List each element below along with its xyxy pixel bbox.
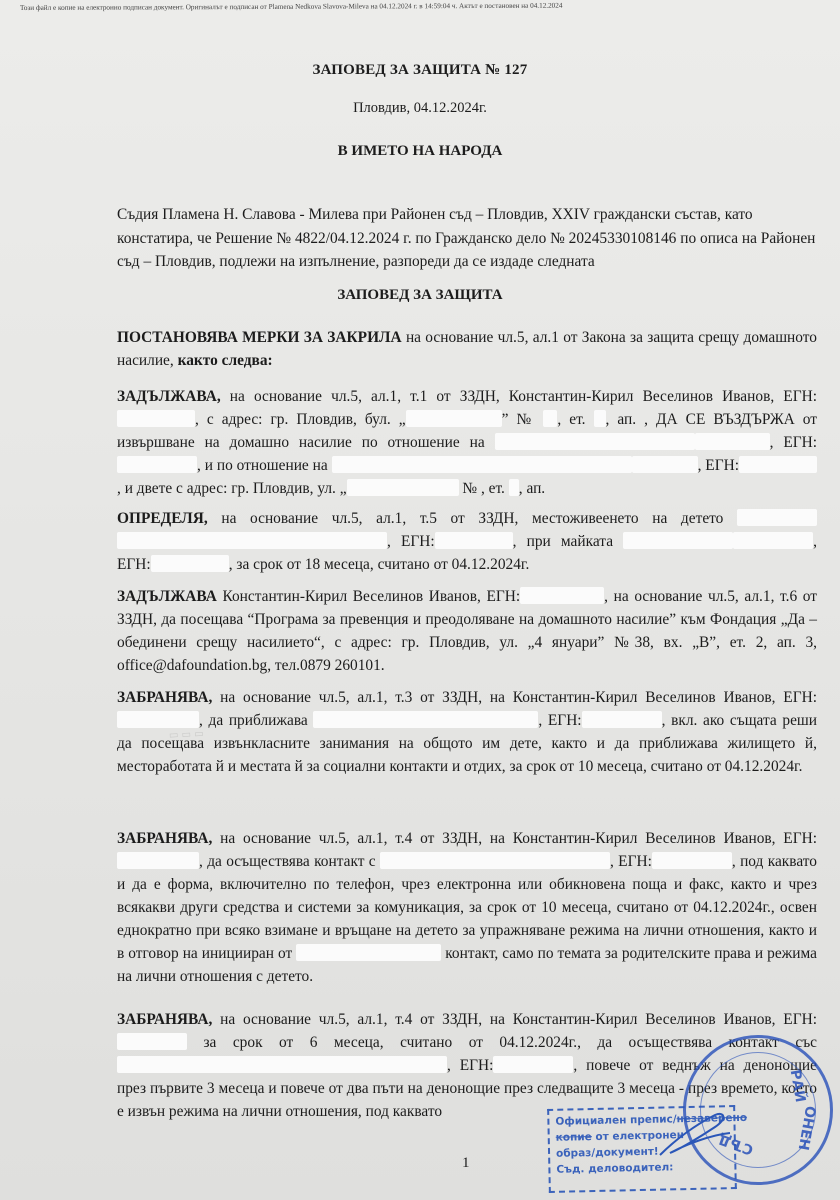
paragraph-protection-measures: ПОСТАНОВЯВА МЕРКИ ЗА ЗАКРИЛА на основани… bbox=[117, 326, 817, 372]
redacted-field bbox=[117, 852, 199, 869]
paragraph-text: както следва: bbox=[178, 352, 273, 369]
paragraph-text: , ет. bbox=[557, 411, 593, 428]
paragraph-text: , и двете с адрес: гр. Пловдив, ул. „ bbox=[117, 480, 347, 497]
redacted-field bbox=[380, 852, 610, 869]
paragraph-lead: ЗАБРАНЯВА, bbox=[117, 1011, 212, 1028]
paragraph-lead: ОПРЕДЕЛЯ, bbox=[117, 510, 208, 527]
paragraph-text: , за срок от 18 месеца, считано от 04.12… bbox=[229, 556, 530, 573]
redacted-field bbox=[495, 433, 695, 450]
paragraph-contact-prohibition: ЗАБРАНЯВА, на основание чл.5, ал.1, т.4 … bbox=[117, 827, 817, 988]
paragraph-text: , да осъществява контакт с bbox=[199, 853, 380, 870]
paragraph-text: на основание чл.5, ал.1, т.5 от ЗЗДН, ме… bbox=[208, 510, 737, 527]
redacted-field bbox=[594, 410, 606, 427]
page-number: 1 bbox=[462, 1155, 470, 1172]
paragraph-text: , ап. bbox=[519, 480, 545, 497]
paragraph-text: , ЕГН: bbox=[610, 853, 652, 870]
paragraph-lead: ЗАДЪЛЖАВА, bbox=[117, 388, 221, 405]
paragraph-text: , ЕГН: bbox=[770, 434, 817, 451]
redacted-field bbox=[733, 532, 813, 549]
paragraph-text: Константин-Кирил Веселинов Иванов, ЕГН: bbox=[217, 588, 520, 605]
redacted-field bbox=[117, 410, 195, 427]
redacted-field bbox=[117, 711, 199, 728]
paragraph-lead: ЗАБРАНЯВА, bbox=[117, 830, 212, 847]
redacted-field bbox=[406, 410, 502, 427]
redacted-field bbox=[737, 509, 817, 526]
redacted-field bbox=[117, 532, 387, 549]
paragraph-text: на основание чл.5, ал.1, т.1 от ЗЗДН, Ко… bbox=[221, 388, 817, 405]
intro-paragraph: Съдия Пламена Н. Славова - Милева при Ра… bbox=[117, 203, 817, 274]
faint-background-stamp: ▭ ▭ ▭ bbox=[169, 720, 372, 785]
redacted-field bbox=[695, 433, 770, 450]
stamp-line: от електронен bbox=[592, 1129, 684, 1143]
paragraph-text: , ЕГН: bbox=[698, 457, 739, 474]
in-name-of-people-heading: В ИМЕТО НА НАРОДА bbox=[0, 143, 840, 160]
redacted-field bbox=[347, 479, 459, 496]
city-date: Пловдив, 04.12.2024г. bbox=[0, 100, 840, 117]
section-title: ЗАПОВЕД ЗА ЗАЩИТА bbox=[0, 287, 840, 304]
redacted-field bbox=[332, 456, 632, 473]
stamp-line: Съд. деловодител: bbox=[556, 1158, 728, 1178]
electronic-signature-note: Този файл е копие на електронно подписан… bbox=[20, 0, 840, 12]
paragraph-text: , ап. bbox=[606, 411, 645, 428]
redacted-field bbox=[117, 1033, 187, 1050]
stamp-line: незаверено bbox=[676, 1112, 747, 1125]
paragraph-text: , с адрес: гр. Пловдив, бул. „ bbox=[195, 411, 406, 428]
redacted-field bbox=[520, 587, 604, 604]
redacted-field bbox=[151, 555, 229, 572]
paragraph-text: , ЕГН: bbox=[387, 533, 435, 550]
document-title: ЗАПОВЕД ЗА ЗАЩИТА № 127 bbox=[0, 62, 840, 79]
redacted-field bbox=[739, 456, 817, 473]
paragraph-text: ” № bbox=[502, 411, 544, 428]
redacted-field bbox=[435, 532, 513, 549]
paragraph-text: , при майката bbox=[513, 533, 623, 550]
paragraph-text: № bbox=[459, 480, 481, 497]
paragraph-obligation-refrain: ЗАДЪЛЖАВА, на основание чл.5, ал.1, т.1 … bbox=[117, 385, 817, 500]
paragraph-text: на основание чл.5, ал.1, т.3 от ЗЗДН, на… bbox=[212, 689, 817, 706]
stamp-line: Официален препис/ bbox=[555, 1113, 676, 1128]
paragraph-text: , ет. bbox=[481, 480, 509, 497]
redacted-field bbox=[543, 410, 557, 427]
paragraph-text: , ЕГН: bbox=[447, 1057, 493, 1074]
official-copy-stamp: Официален препис/незаверено копие от еле… bbox=[547, 1105, 737, 1193]
paragraph-program-obligation: ЗАДЪЛЖАВА Константин-Кирил Веселинов Ива… bbox=[117, 585, 817, 677]
paragraph-lead: ПОСТАНОВЯВА МЕРКИ ЗА ЗАКРИЛА bbox=[117, 329, 402, 346]
redacted-field bbox=[582, 711, 662, 728]
paragraph-lead: ЗАДЪЛЖАВА bbox=[117, 588, 217, 605]
redacted-field bbox=[632, 456, 698, 473]
redacted-field bbox=[296, 944, 441, 961]
redacted-field bbox=[117, 1056, 447, 1073]
redacted-field bbox=[623, 532, 733, 549]
paragraph-text: , ЕГН: bbox=[538, 712, 581, 729]
paragraph-residence-determination: ОПРЕДЕЛЯ, на основание чл.5, ал.1, т.5 о… bbox=[117, 507, 817, 576]
paragraph-lead: ЗАБРАНЯВА, bbox=[117, 689, 212, 706]
redacted-field bbox=[509, 479, 519, 496]
paragraph-text: на основание чл.5, ал.1, т.4 от ЗЗДН, на… bbox=[212, 1011, 817, 1028]
redacted-field bbox=[493, 1056, 573, 1073]
stamp-line: копие bbox=[556, 1131, 592, 1144]
paragraph-text: на основание чл.5, ал.1, т.4 от ЗЗДН, на… bbox=[212, 830, 817, 847]
document-page: Този файл е копие на електронно подписан… bbox=[0, 0, 840, 1200]
redacted-field bbox=[652, 852, 732, 869]
redacted-field bbox=[117, 456, 197, 473]
paragraph-text: , и по отношение на bbox=[197, 457, 332, 474]
